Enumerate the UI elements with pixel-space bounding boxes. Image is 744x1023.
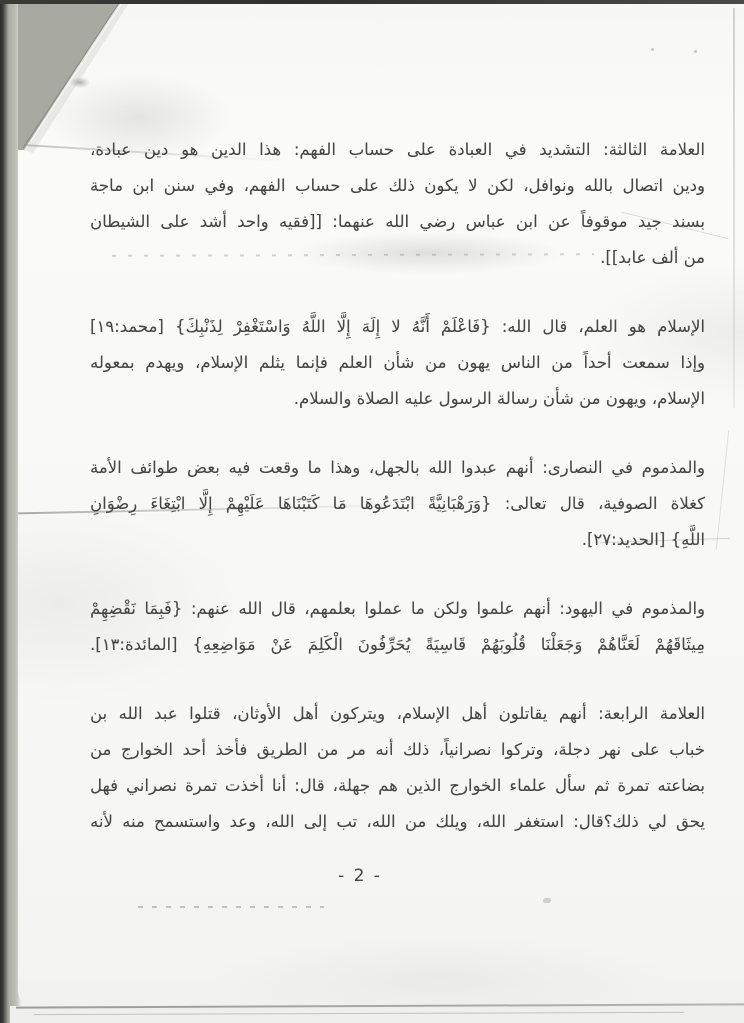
fold-smudge bbox=[70, 77, 90, 88]
scan-top-edge bbox=[0, 0, 744, 4]
paragraph: العلامة الرابعة: أنهم يقاتلون أهل الإسلا… bbox=[90, 696, 705, 840]
paragraph: والمذموم في اليهود: أنهم علموا ولكن ما ع… bbox=[90, 591, 705, 663]
text-line: والمذموم في اليهود: أنهم علموا ولكن ما ع… bbox=[90, 591, 705, 627]
text-line: العلامة الثالثة: التشديد في العبادة على … bbox=[90, 132, 705, 168]
document-text: العلامة الثالثة: التشديد في العبادة على … bbox=[90, 132, 705, 873]
text-line: الإسلام هو العلم، قال الله: {فَاعْلَمْ أ… bbox=[90, 309, 705, 345]
ink-speck bbox=[694, 50, 697, 53]
text-line: وإذا سمعت أحداً من الناس يهون من شأن الع… bbox=[90, 345, 705, 381]
paragraph: العلامة الثالثة: التشديد في العبادة على … bbox=[90, 132, 705, 276]
ink-speck bbox=[543, 898, 551, 903]
paragraph: الإسلام هو العلم، قال الله: {فَاعْلَمْ أ… bbox=[90, 309, 705, 417]
text-line: ودين اتصال بالله ونوافل، لكن لا يكون ذلك… bbox=[90, 168, 705, 204]
text-line: العلامة الرابعة: أنهم يقاتلون أهل الإسلا… bbox=[90, 696, 705, 732]
text-line: بسند جيد موقوفاً عن ابن عباس رضي الله عن… bbox=[90, 204, 705, 240]
ink-speck bbox=[651, 48, 654, 51]
text-line: بضاعته تمرة ثم سأل علماء الخوارج الذين ه… bbox=[90, 768, 705, 804]
bleed-through-dots bbox=[138, 906, 324, 908]
text-line: مِيثَاقَهُمْ لَعَنَّاهُمْ وَجَعَلْنَا قُ… bbox=[90, 627, 705, 663]
text-line: اللَّهِ} [الحديد:٢٧]. bbox=[90, 522, 705, 558]
text-line: يحق لي ذلك؟قال: استغفر الله، ويلك من الل… bbox=[90, 804, 705, 840]
text-line: والمذموم في النصارى: أنهم عبدوا الله بال… bbox=[90, 450, 705, 486]
page-number: - 2 - bbox=[295, 866, 425, 886]
text-line: من ألف عابد]]. bbox=[90, 240, 705, 276]
text-line: الإسلام، ويهون من شأن رسالة الرسول عليه … bbox=[90, 381, 705, 417]
scanned-page: العلامة الثالثة: التشديد في العبادة على … bbox=[0, 0, 744, 1023]
text-line: كغلاة الصوفية، قال تعالى: {وَرَهْبَانِيَ… bbox=[90, 486, 705, 522]
text-line: خباب على نهر دجلة، وتركوا نصرانياً، ذلك … bbox=[90, 732, 705, 768]
paragraph: والمذموم في النصارى: أنهم عبدوا الله بال… bbox=[90, 450, 705, 558]
